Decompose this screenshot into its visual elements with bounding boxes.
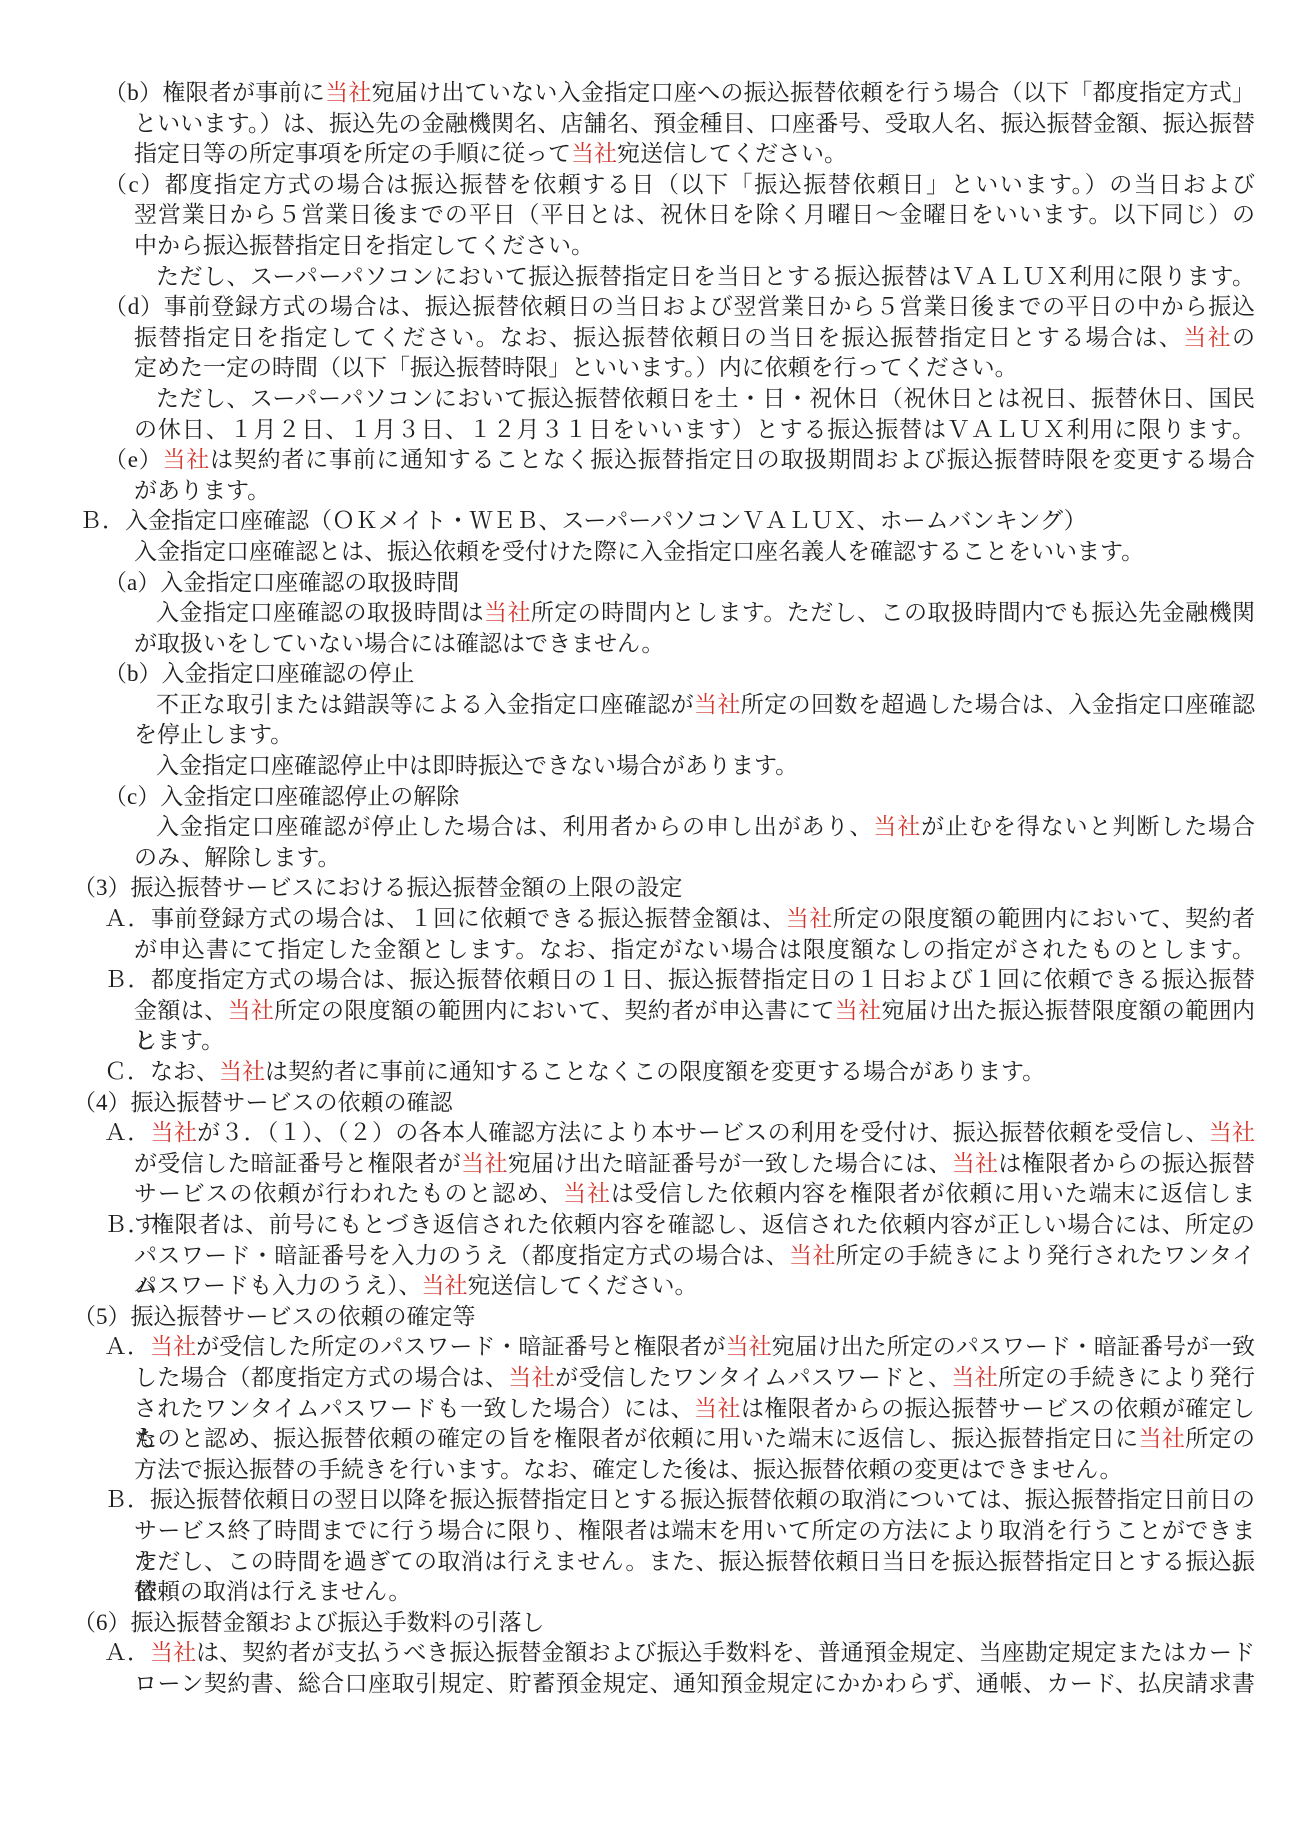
- text-segment: が止むを得ないと判断した場合: [921, 814, 1255, 839]
- text-line: 中から振込振替指定日を指定してください。: [0, 231, 1296, 262]
- text-segment: といいます。）は、振込先の金融機関名、店舗名、預金種目、口座番号、受取人名、振込…: [134, 111, 1255, 136]
- text-segment: ただし、スーパーパソコンにおいて振込振替依頼日を土・日・祝休日（祝休日とは祝日、…: [156, 386, 1255, 411]
- text-segment: があります。: [134, 478, 270, 503]
- text-line: 依頼の取消は行えません。: [0, 1577, 1296, 1608]
- text-segment: は権限者からの振込振替: [998, 1151, 1255, 1176]
- text-line: 金額は、当社所定の限度額の範囲内において、契約者が申込書にて当社宛届け出た振込振…: [0, 996, 1296, 1027]
- text-segment: 振替指定日を指定してください。なお、振込振替依頼日の当日を振込振替指定日とする場…: [134, 325, 1183, 350]
- highlighted-term: 当社: [484, 600, 531, 625]
- text-segment: Ａ．: [104, 1640, 150, 1665]
- text-segment: が申込書にて指定した金額とします。なお、指定がない場合は限度額なしの指定がされた…: [134, 937, 1255, 962]
- text-segment: （a）入金指定口座確認の取扱時間: [104, 570, 459, 595]
- text-segment: （c）入金指定口座確認停止の解除: [104, 784, 459, 809]
- text-segment: 入金指定口座確認が停止した場合は、利用者からの申し出があり、: [156, 814, 873, 839]
- text-line: 指定日等の所定事項を所定の手順に従って当社宛送信してください。: [0, 139, 1296, 170]
- document-page: （b）権限者が事前に当社宛届け出ていない入金指定口座への振込振替依頼を行う場合（…: [0, 0, 1296, 1843]
- text-line: した場合（都度指定方式の場合は、当社が受信したワンタイムパスワードと、当社所定の…: [0, 1363, 1296, 1394]
- text-line: ものと認め、振込振替依頼の確定の旨を権限者が依頼に用いた端末に返信し、振込振替指…: [0, 1424, 1296, 1455]
- text-segment: 入金指定口座確認の取扱時間は: [156, 600, 484, 625]
- text-segment: ただし、スーパーパソコンにおいて振込振替指定日を当日とする振込振替はＶＡＬＵＸ利…: [156, 264, 1255, 289]
- text-segment: Ａ．: [104, 1334, 150, 1359]
- text-segment: パスワード・暗証番号を入力のうえ（都度指定方式の場合は、: [134, 1243, 789, 1268]
- text-segment: （5）振込振替サービスの依頼の確定等: [73, 1304, 476, 1329]
- text-segment: が３．（１）、（２）の各本人確認方法により本サービスの利用を受付け、振込振替依頼…: [197, 1120, 1209, 1145]
- text-line: Ｂ．振込振替依頼日の翌日以降を振込振替指定日とする振込振替依頼の取消については、…: [0, 1485, 1296, 1516]
- highlighted-term: 当社: [163, 447, 211, 472]
- text-line: 定めた一定の時間（以下「振込振替時限」といいます。）内に依頼を行ってください。: [0, 353, 1296, 384]
- text-segment: が受信したワンタイムパスワードと、: [555, 1365, 951, 1390]
- text-line: Ａ．事前登録方式の場合は、１回に依頼できる振込振替金額は、当社所定の限度額の範囲…: [0, 904, 1296, 935]
- text-line: （3）振込振替サービスにおける振込振替金額の上限の設定: [0, 873, 1296, 904]
- text-segment: は、契約者が支払うべき振込振替金額および振込手数料を、普通預金規定、当座勘定規定…: [196, 1640, 1255, 1665]
- text-segment: 宛届け出ていない入金指定口座への振込振替依頼を行う場合（以下「都度指定方式」: [372, 80, 1255, 105]
- text-segment: 方法で振込振替の手続きを行います。なお、確定した後は、振込振替依頼の変更はできま…: [134, 1457, 1123, 1482]
- text-segment: します。: [134, 1028, 224, 1053]
- text-segment: が取扱いをしていない場合には確認はできません。: [134, 631, 664, 656]
- text-segment: 入金指定口座確認停止中は即時振込できない場合があります。: [156, 753, 798, 778]
- text-line: ローン契約書、総合口座取引規定、貯蓄預金規定、通知預金規定にかかわらず、通帳、カ…: [0, 1669, 1296, 1700]
- text-line: サービスの依頼が行われたものと認め、当社は受信した依頼内容を権限者が依頼に用いた…: [0, 1179, 1296, 1210]
- highlighted-term: 当社: [1183, 325, 1232, 350]
- text-line: されたワンタイムパスワードも一致した場合）には、当社は権限者からの振込振替サービ…: [0, 1394, 1296, 1425]
- text-line: パスワード・暗証番号を入力のうえ（都度指定方式の場合は、当社所定の手続きにより発…: [0, 1241, 1296, 1272]
- text-segment: 金額は、: [134, 998, 228, 1023]
- text-segment: Ａ．事前登録方式の場合は、１回に依頼できる振込振替金額は、: [104, 906, 786, 931]
- text-segment: は契約者に事前に通知することなくこの限度額を変更する場合があります。: [265, 1059, 1045, 1084]
- highlighted-term: 当社: [694, 1396, 741, 1421]
- text-segment: 宛送信してください。: [617, 141, 847, 166]
- text-segment: Ｂ．振込振替依頼日の翌日以降を振込振替指定日とする振込振替依頼の取消については、…: [104, 1487, 1255, 1512]
- highlighted-term: 当社: [219, 1059, 265, 1084]
- text-line: 振替指定日を指定してください。なお、振込振替依頼日の当日を振込振替指定日とする場…: [0, 323, 1296, 354]
- text-segment: Ｂ．入金指定口座確認（ＯＫメイト・ＷＥＢ、スーパーパソコンＶＡＬＵＸ、ホームバン…: [79, 508, 1087, 533]
- highlighted-term: 当社: [228, 998, 275, 1023]
- text-segment: （b）入金指定口座確認の停止: [104, 661, 415, 686]
- text-segment: 所定の時間内とします。ただし、この取扱時間内でも振込先金融機関: [531, 600, 1255, 625]
- terms-text-block: （b）権限者が事前に当社宛届け出ていない入金指定口座への振込振替依頼を行う場合（…: [0, 78, 1296, 1699]
- text-segment: 指定日等の所定事項を所定の手順に従って: [134, 141, 571, 166]
- highlighted-term: 当社: [150, 1640, 196, 1665]
- text-line: Ｂ．都度指定方式の場合は、振込振替依頼日の１日、振込振替指定日の１日および１回に…: [0, 965, 1296, 996]
- text-segment: 依頼の取消は行えません。: [134, 1579, 411, 1604]
- text-line: 入金指定口座確認とは、振込依頼を受付けた際に入金指定口座名義人を確認することをい…: [0, 537, 1296, 568]
- highlighted-term: 当社: [726, 1334, 772, 1359]
- text-segment: の: [1232, 325, 1255, 350]
- text-segment: されたワンタイムパスワードも一致した場合）には、: [134, 1396, 694, 1421]
- text-segment: パスワードも入力のうえ）、: [134, 1273, 422, 1298]
- text-line: （b）権限者が事前に当社宛届け出ていない入金指定口座への振込振替依頼を行う場合（…: [0, 78, 1296, 109]
- text-segment: ものと認め、振込振替依頼の確定の旨を権限者が依頼に用いた端末に返信し、振込振替指…: [134, 1426, 1138, 1451]
- text-line: Ａ．当社が受信した所定のパスワード・暗証番号と権限者が当社宛届け出た所定のパスワ…: [0, 1332, 1296, 1363]
- text-line: （b）入金指定口座確認の停止: [0, 659, 1296, 690]
- text-segment: （4）振込振替サービスの依頼の確認: [73, 1090, 453, 1115]
- text-line: といいます。）は、振込先の金融機関名、店舗名、預金種目、口座番号、受取人名、振込…: [0, 109, 1296, 140]
- text-line: の休日、１月２日、１月３日、１２月３１日をいいます）とする振込振替はＶＡＬＵＸ利…: [0, 415, 1296, 446]
- text-line: ただし、スーパーパソコンにおいて振込振替指定日を当日とする振込振替はＶＡＬＵＸ利…: [0, 262, 1296, 293]
- text-line: （c）都度指定方式の場合は振込振替を依頼する日（以下「振込振替依頼日」といいます…: [0, 170, 1296, 201]
- text-segment: ローン契約書、総合口座取引規定、貯蓄預金規定、通知預金規定にかかわらず、通帳、カ…: [134, 1671, 1255, 1696]
- text-line: Ｂ．入金指定口座確認（ＯＫメイト・ＷＥＢ、スーパーパソコンＶＡＬＵＸ、ホームバン…: [0, 506, 1296, 537]
- highlighted-term: 当社: [422, 1273, 468, 1298]
- text-segment: が受信した所定のパスワード・暗証番号と権限者が: [196, 1334, 725, 1359]
- text-segment: は契約者に事前に通知することなく振込振替指定日の取扱期間および振込振替時限を変更…: [210, 447, 1255, 472]
- text-line: （4）振込振替サービスの依頼の確認: [0, 1088, 1296, 1119]
- highlighted-term: 当社: [461, 1151, 508, 1176]
- text-line: ただし、スーパーパソコンにおいて振込振替依頼日を土・日・祝休日（祝休日とは祝日、…: [0, 384, 1296, 415]
- text-line: を停止します。: [0, 720, 1296, 751]
- text-line: します。: [0, 1026, 1296, 1057]
- highlighted-term: 当社: [835, 998, 882, 1023]
- highlighted-term: 当社: [694, 692, 741, 717]
- text-line: （6）振込振替金額および振込手数料の引落し: [0, 1608, 1296, 1639]
- highlighted-term: 当社: [508, 1365, 555, 1390]
- highlighted-term: 当社: [563, 1181, 611, 1206]
- highlighted-term: 当社: [873, 814, 921, 839]
- text-segment: 定めた一定の時間（以下「振込振替時限」といいます。）内に依頼を行ってください。: [134, 355, 1018, 380]
- highlighted-term: 当社: [325, 80, 372, 105]
- text-segment: 不正な取引または錯誤等による入金指定口座確認が: [156, 692, 694, 717]
- highlighted-term: 当社: [1138, 1426, 1185, 1451]
- text-segment: 中から振込振替指定日を指定してください。: [134, 233, 594, 258]
- text-line: （d）事前登録方式の場合は、振込振替依頼日の当日および翌営業日から５営業日後まで…: [0, 292, 1296, 323]
- text-segment: Ｂ．都度指定方式の場合は、振込振替依頼日の１日、振込振替指定日の１日および１回に…: [104, 967, 1255, 992]
- text-segment: 入金指定口座確認とは、振込依頼を受付けた際に入金指定口座名義人を確認することをい…: [134, 539, 1144, 564]
- text-segment: （d）事前登録方式の場合は、振込振替依頼日の当日および翌営業日から５営業日後まで…: [104, 294, 1255, 319]
- text-segment: 所定の: [1185, 1426, 1255, 1451]
- text-segment: 宛届け出た所定のパスワード・暗証番号が一致: [772, 1334, 1255, 1359]
- text-segment: Ａ．: [104, 1120, 151, 1145]
- text-segment: （3）振込振替サービスにおける振込振替金額の上限の設定: [73, 875, 683, 900]
- text-segment: （b）権限者が事前に: [104, 80, 325, 105]
- text-line: サービス終了時間までに行う場合に限り、権限者は端末を用いて所定の方法により取消を…: [0, 1516, 1296, 1547]
- text-segment: 所定の回数を超過した場合は、入金指定口座確認: [741, 692, 1255, 717]
- text-segment: のみ、解除します。: [134, 845, 341, 870]
- text-segment: 所定の限度額の範囲内において、契約者が申込書にて: [274, 998, 834, 1023]
- text-line: 入金指定口座確認が停止した場合は、利用者からの申し出があり、当社が止むを得ないと…: [0, 812, 1296, 843]
- text-line: ただし、この時間を過ぎての取消は行えません。また、振込振替依頼日当日を振込振替指…: [0, 1547, 1296, 1578]
- text-line: （e）当社は契約者に事前に通知することなく振込振替指定日の取扱期間および振込振替…: [0, 445, 1296, 476]
- text-line: パスワードも入力のうえ）、当社宛送信してください。: [0, 1271, 1296, 1302]
- text-segment: 翌営業日から５営業日後までの平日（平日とは、祝休日を除く月曜日～金曜日をいいます…: [134, 202, 1255, 227]
- highlighted-term: 当社: [150, 1334, 196, 1359]
- text-line: 不正な取引または錯誤等による入金指定口座確認が当社所定の回数を超過した場合は、入…: [0, 690, 1296, 721]
- text-line: Ｃ．なお、当社は契約者に事前に通知することなくこの限度額を変更する場合があります…: [0, 1057, 1296, 1088]
- highlighted-term: 当社: [952, 1151, 999, 1176]
- text-segment: サービスの依頼が行われたものと認め、: [134, 1181, 563, 1206]
- text-line: 入金指定口座確認停止中は即時振込できない場合があります。: [0, 751, 1296, 782]
- highlighted-term: 当社: [571, 141, 617, 166]
- text-segment: 所定の手続きにより発行: [998, 1365, 1255, 1390]
- highlighted-term: 当社: [1209, 1120, 1255, 1145]
- text-segment: 宛届け出た暗証番号が一致した場合には、: [508, 1151, 952, 1176]
- text-segment: Ｂ．権限者は、前号にもとづき返信された依頼内容を確認し、返信された依頼内容が正し…: [104, 1212, 1255, 1237]
- text-segment: が受信した暗証番号と権限者が: [134, 1151, 461, 1176]
- text-line: が申込書にて指定した金額とします。なお、指定がない場合は限度額なしの指定がされた…: [0, 935, 1296, 966]
- text-line: 翌営業日から５営業日後までの平日（平日とは、祝休日を除く月曜日～金曜日をいいます…: [0, 200, 1296, 231]
- text-line: Ｂ．権限者は、前号にもとづき返信された依頼内容を確認し、返信された依頼内容が正し…: [0, 1210, 1296, 1241]
- text-line: （a）入金指定口座確認の取扱時間: [0, 568, 1296, 599]
- text-line: 入金指定口座確認の取扱時間は当社所定の時間内とします。ただし、この取扱時間内でも…: [0, 598, 1296, 629]
- highlighted-term: 当社: [789, 1243, 836, 1268]
- text-line: が取扱いをしていない場合には確認はできません。: [0, 629, 1296, 660]
- text-line: があります。: [0, 476, 1296, 507]
- text-segment: した場合（都度指定方式の場合は、: [134, 1365, 508, 1390]
- highlighted-term: 当社: [951, 1365, 998, 1390]
- text-segment: Ｃ．なお、: [104, 1059, 219, 1084]
- text-line: のみ、解除します。: [0, 843, 1296, 874]
- highlighted-term: 当社: [786, 906, 833, 931]
- text-segment: （6）振込振替金額および振込手数料の引落し: [73, 1610, 545, 1635]
- text-line: （c）入金指定口座確認停止の解除: [0, 782, 1296, 813]
- highlighted-term: 当社: [151, 1120, 198, 1145]
- text-segment: 宛送信してください。: [468, 1273, 698, 1298]
- text-line: Ａ．当社は、契約者が支払うべき振込振替金額および振込手数料を、普通預金規定、当座…: [0, 1638, 1296, 1669]
- text-segment: 所定の限度額の範囲内において、契約者: [833, 906, 1255, 931]
- text-line: Ａ．当社が３．（１）、（２）の各本人確認方法により本サービスの利用を受付け、振込…: [0, 1118, 1296, 1149]
- text-segment: （c）都度指定方式の場合は振込振替を依頼する日（以下「振込振替依頼日」といいます…: [104, 172, 1255, 197]
- text-line: が受信した暗証番号と権限者が当社宛届け出た暗証番号が一致した場合には、当社は権限…: [0, 1149, 1296, 1180]
- text-segment: の休日、１月２日、１月３日、１２月３１日をいいます）とする振込振替はＶＡＬＵＸ利…: [134, 417, 1255, 442]
- text-segment: （e）: [104, 447, 163, 472]
- text-line: 方法で振込振替の手続きを行います。なお、確定した後は、振込振替依頼の変更はできま…: [0, 1455, 1296, 1486]
- text-line: （5）振込振替サービスの依頼の確定等: [0, 1302, 1296, 1333]
- text-segment: を停止します。: [134, 722, 293, 747]
